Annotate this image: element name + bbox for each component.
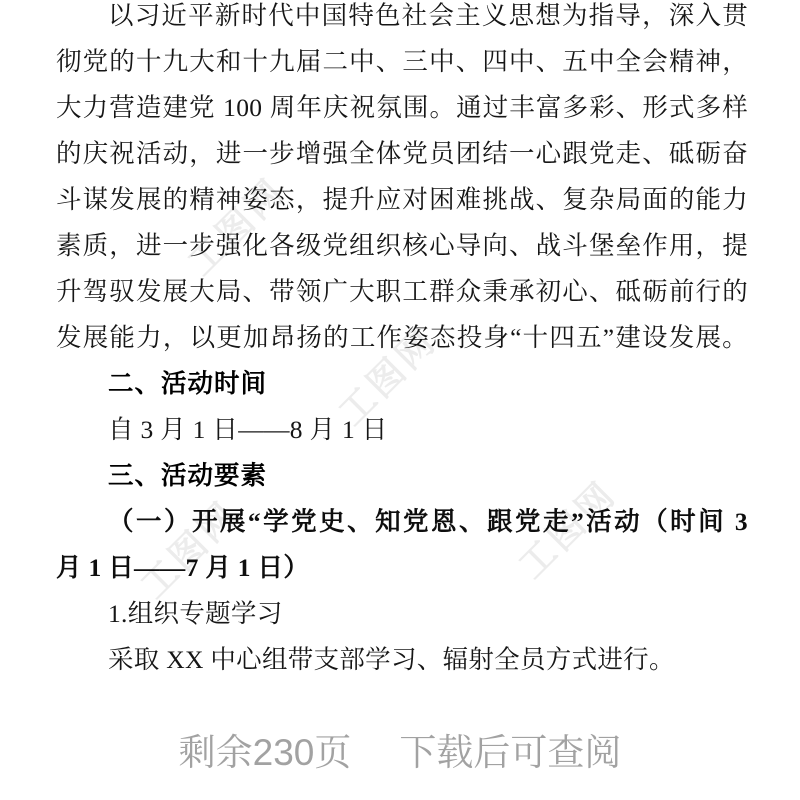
doc-line: 自 3 月 1 日——8 月 1 日 <box>56 407 748 453</box>
pages-remaining-label: 剩余230页 <box>179 729 352 777</box>
doc-line: 大力营造建党 100 周年庆祝氛围。通过丰富多彩、形式多样 <box>56 85 748 131</box>
doc-line: 的庆祝活动，进一步增强全体党员团结一心跟党走、砥砺奋 <box>56 131 748 177</box>
doc-line: 采取 XX 中心组带支部学习、辐射全员方式进行。 <box>56 637 748 683</box>
doc-line: 升驾驭发展大局、带领广大职工群众秉承初心、砥砺前行的 <box>56 269 748 315</box>
doc-line: 月 1 日——7 月 1 日） <box>56 545 748 591</box>
section-heading: 三、活动要素 <box>56 453 748 499</box>
preview-footer: 剩余230页 下载后可查阅 <box>0 729 800 777</box>
document-page: 以习近平新时代中国特色社会主义思想为指导，深入贯彻党的十九大和十九届二中、三中、… <box>0 0 800 800</box>
section-heading: 二、活动时间 <box>56 361 748 407</box>
doc-line: （一）开展“学党史、知党恩、跟党走”活动（时间 3 <box>56 499 748 545</box>
doc-line: 素质，进一步强化各级党组织核心导向、战斗堡垒作用，提 <box>56 223 748 269</box>
doc-line: 以习近平新时代中国特色社会主义思想为指导，深入贯 <box>56 0 748 39</box>
download-hint-label: 下载后可查阅 <box>399 729 621 777</box>
doc-line: 斗谋发展的精神姿态，提升应对困难挑战、复杂局面的能力 <box>56 177 748 223</box>
document-body: 以习近平新时代中国特色社会主义思想为指导，深入贯彻党的十九大和十九届二中、三中、… <box>56 0 748 683</box>
doc-line: 发展能力，以更加昂扬的工作姿态投身“十四五”建设发展。 <box>56 315 748 361</box>
doc-line: 彻党的十九大和十九届二中、三中、四中、五中全会精神， <box>56 39 748 85</box>
doc-line: 1.组织专题学习 <box>56 591 748 637</box>
